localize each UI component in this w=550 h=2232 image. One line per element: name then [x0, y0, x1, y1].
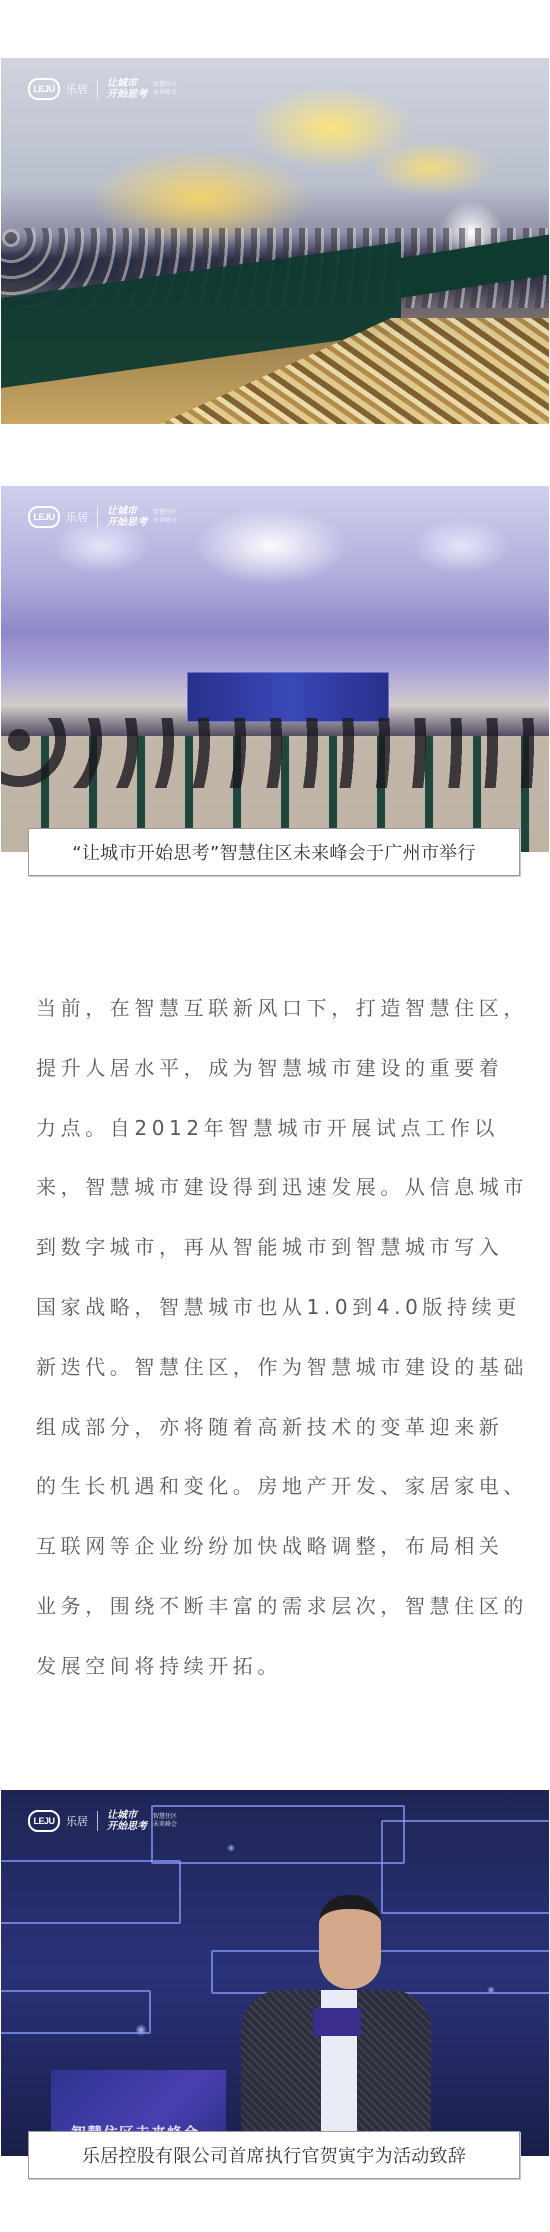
event-subtitle: 智慧住区 未来峰会: [153, 81, 177, 97]
subtitle-line-1: 智慧住区: [153, 81, 177, 89]
subtitle-line-2: 未来峰会: [153, 1821, 177, 1829]
circuit-trace: [1, 1990, 151, 2034]
slogan-line-1: 让城市: [107, 1810, 147, 1821]
subtitle-line-1: 智慧住区: [153, 509, 177, 517]
slogan-line-1: 让城市: [107, 506, 147, 517]
summit-hall-photo: LEJU 乐居 让城市 开始思考 智慧住区 未来峰会: [1, 486, 549, 852]
brand-name: 乐居: [66, 81, 88, 97]
slogan-line-1: 让城市: [107, 78, 147, 89]
slogan-line-2: 开始思考: [107, 517, 147, 528]
paragraph-line: 国家战略，智慧城市也从1.0到4.0版持续更: [36, 1278, 514, 1338]
stage-screen: [187, 672, 389, 722]
paragraph-line: 互联网等企业纷纷加快战略调整，布局相关: [36, 1517, 514, 1577]
slogan: 让城市 开始思考: [107, 1810, 147, 1832]
circuit-trace: [1, 1860, 181, 1924]
paragraph-line: 力点。自2012年智慧城市开展试点工作以: [36, 1099, 514, 1159]
subtitle-line-2: 未来峰会: [153, 89, 177, 97]
slogan-line-2: 开始思考: [107, 89, 147, 100]
paragraph-line: 发展空间将持续开拓。: [36, 1637, 514, 1697]
paragraph-line: 业务，围绕不断丰富的需求层次，智慧住区的: [36, 1577, 514, 1637]
paragraph-line: 提升人居水平，成为智慧城市建设的重要着: [36, 1039, 514, 1099]
subtitle-line-1: 智慧住区: [153, 1813, 177, 1821]
logo-divider: [97, 507, 98, 527]
photo-caption: “让城市开始思考”智慧住区未来峰会于广州市举行: [28, 828, 520, 876]
event-logo: LEJU 乐居 让城市 开始思考 智慧住区 未来峰会: [28, 78, 177, 100]
article-paragraph: 当前，在智慧互联新风口下，打造智慧住区， 提升人居水平，成为智慧城市建设的重要着…: [36, 979, 514, 1697]
brand-name: 乐居: [66, 509, 88, 525]
leju-logo-icon: LEJU: [28, 506, 60, 528]
logo-divider: [97, 79, 98, 99]
microphone-icon: [313, 2008, 361, 2036]
event-subtitle: 智慧住区 未来峰会: [153, 1813, 177, 1829]
paragraph-line: 当前，在智慧互联新风口下，打造智慧住区，: [36, 979, 514, 1039]
speaker-head: [319, 1895, 381, 1989]
logo-divider: [97, 1811, 98, 1831]
photo-caption: 乐居控股有限公司首席执行官贺寅宇为活动致辞: [28, 2131, 520, 2179]
event-logo: LEJU 乐居 让城市 开始思考 智慧住区 未来峰会: [28, 1810, 177, 1832]
leju-logo-icon: LEJU: [28, 1810, 60, 1832]
audience-heads: [1, 718, 549, 788]
slogan-line-2: 开始思考: [107, 1821, 147, 1832]
circuit-trace: [151, 1805, 405, 1864]
event-subtitle: 智慧住区 未来峰会: [153, 509, 177, 525]
paragraph-line: 新迭代。智慧住区，作为智慧城市建设的基础: [36, 1338, 514, 1398]
paragraph-line: 组成部分，亦将随着高新技术的变革迎来新: [36, 1398, 514, 1458]
leju-logo-icon: LEJU: [28, 78, 60, 100]
slogan: 让城市 开始思考: [107, 78, 147, 100]
speaker-photo: 智慧住区未来峰会 LEJU 乐居 让城市 开始思考 智慧住区 未来峰会: [1, 1790, 549, 2156]
paragraph-line: 到数字城市，再从智能城市到智慧城市写入: [36, 1218, 514, 1278]
circuit-trace: [381, 1820, 549, 1914]
brand-name: 乐居: [66, 1813, 88, 1829]
paragraph-line: 来，智慧城市建设得到迅速发展。从信息城市: [36, 1158, 514, 1218]
event-logo: LEJU 乐居 让城市 开始思考 智慧住区 未来峰会: [28, 506, 177, 528]
subtitle-line-2: 未来峰会: [153, 517, 177, 525]
slogan: 让城市 开始思考: [107, 506, 147, 528]
conference-audience-photo: LEJU 乐居 让城市 开始思考 智慧住区 未来峰会: [1, 58, 549, 424]
paragraph-line: 的生长机遇和变化。房地产开发、家居家电、: [36, 1457, 514, 1517]
